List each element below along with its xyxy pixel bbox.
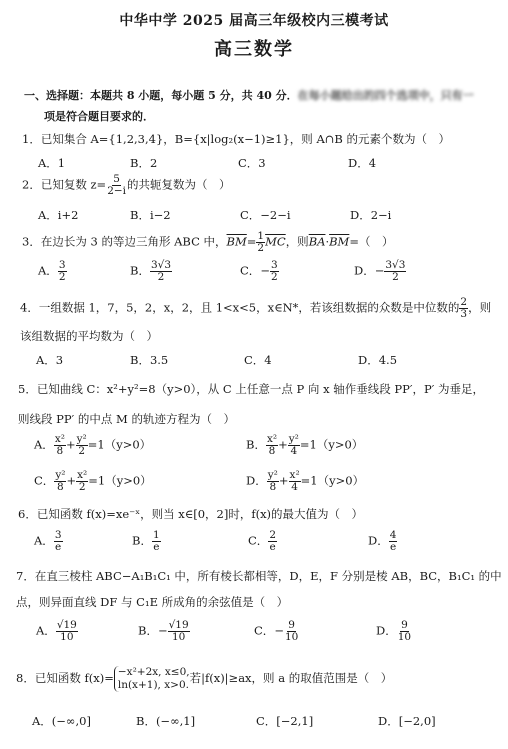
option-label: A．: [34, 438, 54, 452]
section-heading-line2: 项是符合题目要求的．: [44, 108, 154, 124]
option-tail: =1（y>0）: [88, 474, 151, 488]
q1-option-d: D．4: [348, 155, 376, 171]
q7-option-a: A．√1910: [36, 620, 78, 643]
fraction: 3e: [54, 530, 63, 553]
fraction: 52−i: [106, 174, 127, 197]
fraction-denominator: 2: [78, 482, 87, 493]
question-2: 2．已知复数 z=52−i的共轭复数为（ ）: [22, 174, 231, 197]
fraction: y²4: [288, 434, 300, 457]
fraction-denominator: 3: [459, 309, 468, 320]
option-label: B．: [130, 264, 150, 278]
question-4-line2: 该组数据的平均数为（ ）: [20, 328, 158, 344]
question-text: 已知函数 f(x)=: [35, 671, 114, 685]
q7-option-c: C．−910: [254, 620, 299, 643]
q8-option-a: A．(−∞,0]: [32, 713, 91, 729]
question-text: 一组数据 1，7，5，2，x，2，且 1<x<5，x∈N*，若该组数据的众数是中…: [39, 301, 460, 315]
q7-option-d: D．910: [376, 620, 412, 643]
fraction-denominator: 10: [397, 632, 412, 643]
question-7-line2: 点，则异面直线 DF 与 C₁E 所成角的余弦值是（ ）: [16, 594, 288, 610]
fraction-denominator: 2−i: [106, 186, 127, 197]
subject-title: 高三数学: [0, 35, 508, 61]
section-heading: 一、选择题：本题共 8 小题，每小题 5 分，共 40 分．在每小题给出的四个选…: [24, 87, 474, 103]
question-8: 8．已知函数 f(x)=−x²+2x, x≤0,ln(x+1), x>0.若|f…: [16, 666, 392, 692]
section-heading-blurred-text: 在每小题给出的四个选项中，只有一: [298, 89, 474, 102]
q8-option-d: D．[−2,0]: [378, 713, 436, 729]
question-text: 已知复数 z=: [41, 178, 106, 192]
q4-option-d: D．4.5: [358, 352, 397, 368]
fraction: 3√32: [150, 260, 172, 283]
fraction: 1e: [152, 530, 161, 553]
option-label: A．: [34, 534, 54, 548]
exam-title: 中华中学 2025 届高三年级校内三模考试: [0, 10, 508, 30]
question-text-tail: =（ ）: [349, 235, 393, 249]
fraction: 23: [459, 297, 468, 320]
q2-option-b: B．i−2: [130, 207, 171, 223]
question-text: 在边长为 3 的等边三角形 ABC 中，: [41, 235, 227, 249]
question-text: 在直三棱柱 ABC−A₁B₁C₁ 中，所有棱长都相等，D，E，F 分别是棱 AB…: [35, 569, 502, 583]
fraction: 12: [256, 231, 265, 254]
fraction-denominator: 10: [59, 632, 74, 643]
q6-option-a: A．3e: [34, 530, 63, 553]
q2-option-d: D．2−i: [350, 207, 391, 223]
question-text-mid: ，则: [286, 235, 309, 249]
option-label: C．: [240, 264, 260, 278]
fraction-denominator: 4: [289, 446, 298, 457]
fraction: y²8: [54, 470, 66, 493]
q1-option-a: A．1: [38, 155, 65, 171]
option-label: A．: [36, 624, 56, 638]
option-label: C．: [254, 624, 274, 638]
piecewise-function: −x²+2x, x≤0,ln(x+1), x>0.: [114, 666, 190, 692]
question-text-tail: 若|f(x)|≥ax，则 a 的取值范围是（ ）: [190, 671, 393, 685]
fraction: y²8: [267, 470, 279, 493]
piecewise-case-2: ln(x+1), x>0.: [118, 679, 190, 692]
fraction: x²2: [76, 470, 88, 493]
question-text-tail: 的共轭复数为（ ）: [127, 178, 231, 192]
fraction-denominator: e: [389, 542, 397, 553]
option-sign: −: [260, 264, 270, 278]
option-label: D．: [354, 264, 375, 278]
fraction-denominator: 8: [268, 446, 277, 457]
option-tail: =1（y>0）: [88, 438, 151, 452]
vector-mc: MC: [265, 235, 286, 249]
option-label: B．: [246, 438, 266, 452]
fraction: 2e: [268, 530, 277, 553]
question-text: 已知集合 A={1,2,3,4}，B={x|log₂(x−1)≥1}，则 A∩B…: [41, 132, 450, 146]
fraction: 910: [284, 620, 299, 643]
fraction-denominator: 2: [157, 272, 166, 283]
question-5-line2: 则线段 PP′ 的中点 M 的轨迹方程为（ ）: [18, 411, 235, 427]
fraction-denominator: 2: [77, 446, 86, 457]
fraction: 4e: [389, 530, 398, 553]
q3-option-b: B．3√32: [130, 260, 172, 283]
option-sign: −: [274, 624, 284, 638]
fraction: 910: [397, 620, 412, 643]
vector-ba: BA: [309, 235, 326, 249]
fraction: √1910: [168, 620, 190, 643]
vector-bm-2: BM: [329, 235, 349, 249]
q6-option-c: C．2e: [248, 530, 277, 553]
question-number: 2．: [22, 178, 41, 192]
question-number: 8．: [16, 671, 35, 685]
q4-option-b: B．3.5: [130, 352, 168, 368]
question-text: 已知函数 f(x)=xe⁻ˣ，则当 x∈[0，2]时，f(x)的最大值为（ ）: [37, 507, 363, 521]
q3-option-a: A．32: [38, 260, 67, 283]
q4-option-a: A．3: [36, 352, 63, 368]
fraction: 32: [270, 260, 279, 283]
fraction-denominator: 8: [56, 446, 65, 457]
option-tail: =1（y>0）: [300, 438, 363, 452]
question-7: 7．在直三棱柱 ABC−A₁B₁C₁ 中，所有棱长都相等，D，E，F 分别是棱 …: [16, 568, 502, 584]
fraction: 32: [58, 260, 67, 283]
fraction-denominator: e: [54, 542, 62, 553]
fraction: y²2: [76, 434, 88, 457]
fraction: x²4: [289, 470, 301, 493]
question-number: 6．: [18, 507, 37, 521]
fraction-denominator: 10: [171, 632, 186, 643]
fraction-denominator: 4: [290, 482, 299, 493]
q2-option-c: C．−2−i: [240, 207, 291, 223]
q5-option-d: D．y²8+x²4=1（y>0）: [246, 470, 364, 493]
fraction-denominator: e: [269, 542, 277, 553]
option-label: A．: [38, 264, 58, 278]
question-number: 3．: [22, 235, 41, 249]
fraction-denominator: e: [152, 542, 160, 553]
q5-option-c: C．y²8+x²2=1（y>0）: [34, 470, 152, 493]
option-label: C．: [248, 534, 268, 548]
question-number: 1．: [22, 132, 41, 146]
q3-option-d: D．−3√32: [354, 260, 406, 283]
question-3: 3．在边长为 3 的等边三角形 ABC 中，BM=12MC，则BA·BM=（ ）: [22, 231, 393, 254]
fraction: √1910: [56, 620, 78, 643]
q3-option-c: C．−32: [240, 260, 279, 283]
fraction: x²8: [266, 434, 278, 457]
q8-option-b: B．(−∞,1]: [136, 713, 195, 729]
question-text-tail: ，则: [468, 301, 491, 315]
question-number: 4．: [20, 301, 39, 315]
fraction-denominator: 8: [56, 482, 65, 493]
option-label: C．: [34, 474, 54, 488]
fraction-denominator: 2: [58, 272, 67, 283]
q8-option-c: C．[−2,1]: [256, 713, 313, 729]
q1-option-c: C．3: [238, 155, 266, 171]
option-label: D．: [376, 624, 397, 638]
piecewise-case-1: −x²+2x, x≤0,: [118, 666, 190, 679]
q1-option-b: B．2: [130, 155, 157, 171]
option-label: B．: [138, 624, 158, 638]
question-4: 4．一组数据 1，7，5，2，x，2，且 1<x<5，x∈N*，若该组数据的众数…: [20, 297, 491, 320]
fraction-denominator: 8: [268, 482, 277, 493]
option-sign: −: [375, 264, 385, 278]
option-sign: −: [158, 624, 168, 638]
fraction-denominator: 2: [256, 243, 265, 254]
fraction-denominator: 2: [391, 272, 400, 283]
question-text: 已知曲线 C：x²+y²=8（y>0），从 C 上任意一点 P 向 x 轴作垂线…: [37, 382, 484, 396]
vector-bm: BM: [227, 235, 247, 249]
fraction-denominator: 2: [270, 272, 279, 283]
q7-option-b: B．−√1910: [138, 620, 190, 643]
question-1: 1．已知集合 A={1,2,3,4}，B={x|log₂(x−1)≥1}，则 A…: [22, 131, 450, 147]
section-heading-text: 一、选择题：本题共 8 小题，每小题 5 分，共 40 分．: [24, 89, 298, 102]
q5-option-b: B．x²8+y²4=1（y>0）: [246, 434, 363, 457]
q4-option-c: C．4: [244, 352, 272, 368]
option-label: D．: [246, 474, 267, 488]
question-number: 5．: [18, 382, 37, 396]
fraction-denominator: 10: [284, 632, 299, 643]
option-label: D．: [368, 534, 389, 548]
q5-option-a: A．x²8+y²2=1（y>0）: [34, 434, 151, 457]
option-tail: =1（y>0）: [301, 474, 364, 488]
q6-option-b: B．1e: [132, 530, 161, 553]
question-6: 6．已知函数 f(x)=xe⁻ˣ，则当 x∈[0，2]时，f(x)的最大值为（ …: [18, 506, 363, 522]
q6-option-d: D．4e: [368, 530, 397, 553]
fraction: x²8: [54, 434, 66, 457]
question-5: 5．已知曲线 C：x²+y²=8（y>0），从 C 上任意一点 P 向 x 轴作…: [18, 381, 484, 397]
fraction: 3√32: [384, 260, 406, 283]
question-number: 7．: [16, 569, 35, 583]
equals-sign: =: [247, 235, 257, 249]
q2-option-a: A．i+2: [38, 207, 78, 223]
option-label: B．: [132, 534, 152, 548]
